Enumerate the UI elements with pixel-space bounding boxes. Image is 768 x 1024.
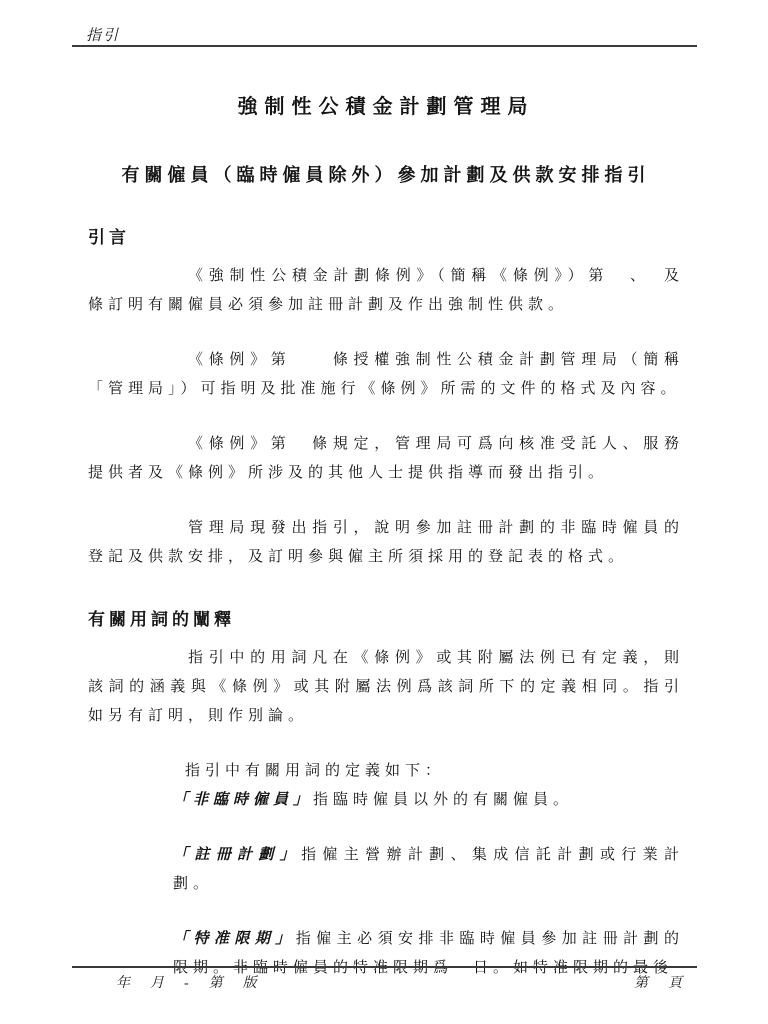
intro-paragraph-4: 管理局現發出指引，說明參加註冊計劃的非臨時僱員的登記及供款安排，及訂明參與僱主所… xyxy=(88,514,684,572)
intro-paragraph-1: 《強制性公積金計劃條例》（簡稱《條例》）第 、 及條訂明有關僱員必須參加註冊計劃… xyxy=(88,262,684,320)
running-header: 指引 xyxy=(86,24,120,45)
footer-page-number: 第 頁 xyxy=(634,972,697,992)
definition-non-casual-employee: 「非臨時僱員」指臨時僱員以外的有關僱員。 xyxy=(173,786,684,815)
section-heading-interpretation: 有關用詞的闡釋 xyxy=(88,606,684,634)
intro-paragraph-2: 《條例》第 條授權強制性公積金計劃管理局（簡稱「管理局」）可指明及批准施行《條例… xyxy=(88,346,684,404)
section-heading-introduction: 引言 xyxy=(88,224,684,252)
definition-term: 「非臨時僱員」 xyxy=(173,792,313,808)
document-body: 強制性公積金計劃管理局 有關僱員（臨時僱員除外）參加計劃及供款安排指引 引言 《… xyxy=(88,90,684,983)
header-rule xyxy=(72,45,697,47)
page-footer: 年 月 - 第 版 第 頁 xyxy=(72,972,697,992)
definition-term: 「註冊計劃」 xyxy=(173,847,301,863)
definition-term: 「特准限期」 xyxy=(173,931,296,947)
footer-rule xyxy=(72,966,697,968)
definitions-intro: 指引中有關用詞的定義如下： xyxy=(173,757,684,786)
definition-text: 指臨時僱員以外的有關僱員。 xyxy=(313,792,573,808)
intro-paragraph-3: 《條例》第 條規定，管理局可爲向核准受託人、服務提供者及《條例》所涉及的其他人士… xyxy=(88,430,684,488)
document-subtitle: 有關僱員（臨時僱員除外）參加計劃及供款安排指引 xyxy=(88,160,684,190)
document-title: 強制性公積金計劃管理局 xyxy=(88,90,684,124)
definitions-block: 指引中有關用詞的定義如下： 「非臨時僱員」指臨時僱員以外的有關僱員。 「註冊計劃… xyxy=(173,757,684,983)
interpretation-lead-paragraph: 指引中的用詞凡在《條例》或其附屬法例已有定義，則該詞的涵義與《條例》或其附屬法例… xyxy=(88,644,684,731)
definition-registered-scheme: 「註冊計劃」指僱主營辦計劃、集成信託計劃或行業計劃。 xyxy=(173,841,684,899)
footer-version-text: 年 月 - 第 版 xyxy=(72,972,260,992)
document-page: 指引 強制性公積金計劃管理局 有關僱員（臨時僱員除外）參加計劃及供款安排指引 引… xyxy=(0,0,768,1024)
